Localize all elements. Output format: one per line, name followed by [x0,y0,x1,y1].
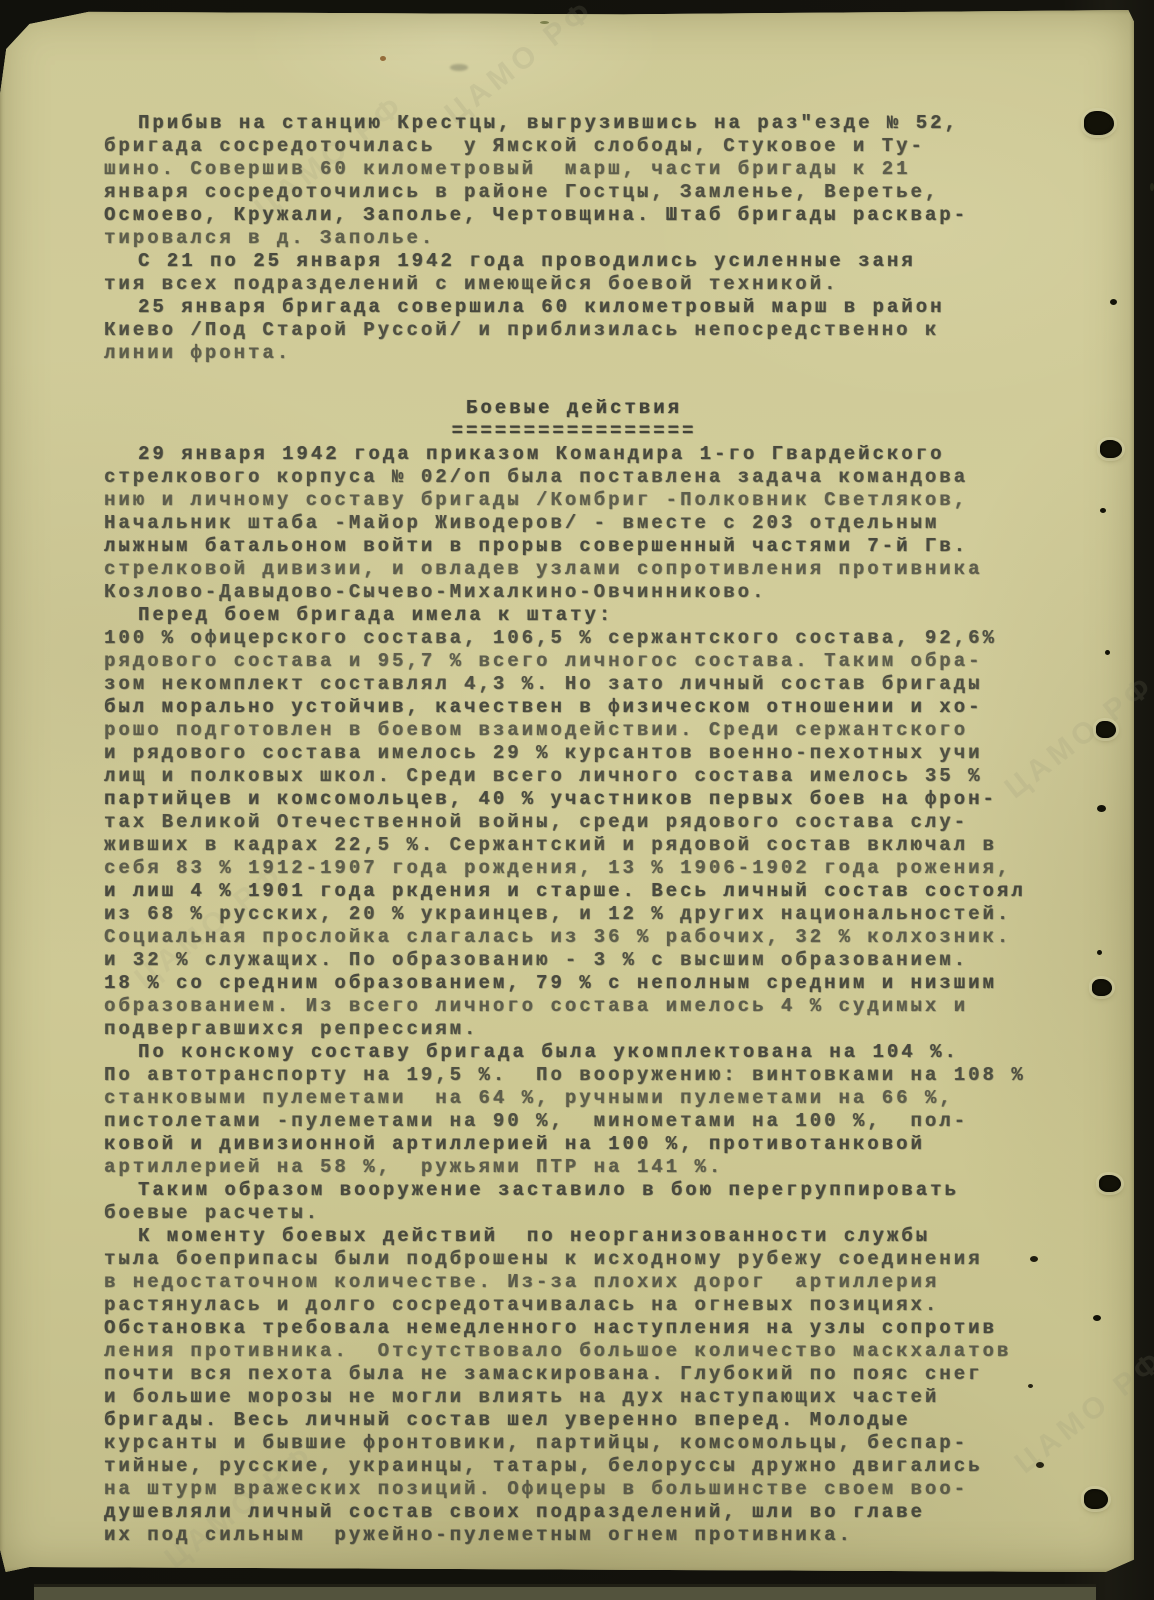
punch-hole [1100,440,1122,458]
text-line: января сосредоточились в районе Гостцы, … [104,181,1044,204]
text-line: тировался в д. Заполье. [104,227,1044,250]
rust-stain [380,56,386,61]
text-line: шино. Совершив 60 километровый марш, час… [104,158,1044,181]
text-line: тия всех подразделений с имеющейся боево… [104,273,1044,296]
text-line: и лиш 4 % 1901 года ркдения и старше. Ве… [104,880,1044,903]
text-line: зом некомплект составлял 4,3 %. Но зато … [104,673,1044,696]
text-line: тыла боеприпасы были подброшены к исходн… [104,1248,1044,1271]
paragraph: По конскому составу бригада была укомпле… [104,1041,1044,1179]
text-line: на штурм вражеских позиций. Офицеры в бо… [104,1478,1044,1501]
paragraph: Прибыв на станцию Крестцы, выгрузившись … [104,112,1044,250]
text-line: 29 января 1942 года приказом Командира 1… [104,443,1044,466]
text-line: линии фронта. [104,342,1044,365]
text-line: стрелковой дивизии, и овладев узлами соп… [104,558,1044,581]
text-line: боевые расчеты. [104,1202,1044,1225]
ink-blot [1036,1462,1044,1468]
text-line: С 21 по 25 января 1942 года проводились … [104,250,1044,273]
text-line: Перед боем бригада имела к штату: [104,604,1044,627]
text-line: лыжным батальоном войти в прорыв соверше… [104,535,1044,558]
text-line: По автотранспорту на 19,5 %. По вооружен… [104,1064,1044,1087]
text-line: пистолетами -пулеметами на 90 %, миномет… [104,1110,1044,1133]
paragraph: К моменту боевых действий по неорганизов… [104,1225,1044,1547]
punch-hole [1100,508,1106,513]
text-line: Козлово-Давыдово-Сычево-Михалкино-Овчинн… [104,581,1044,604]
text-line: из 68 % русских, 20 % украинцев, и 12 % … [104,903,1044,926]
punch-hole [1097,950,1102,955]
text-line: душевляли личный состав своих подразделе… [104,1501,1044,1524]
next-page-edge [34,1584,1096,1600]
punch-hole [1084,111,1114,135]
punch-hole [1092,979,1112,996]
paragraph: Таким образом вооружение заставило в бою… [104,1179,1044,1225]
edge-speck [1150,183,1154,191]
paragraph: Перед боем бригада имела к штату:100 % о… [104,604,1044,1041]
text-line: тийные, русские, украинцы, татары, белор… [104,1455,1044,1478]
text-line: Киево /Под Старой Руссой/ и приблизилась… [104,319,1044,342]
text-line: подвергавшихся репрессиям. [104,1018,1044,1041]
text-line: и 32 % служащих. По образованию - 3 % с … [104,949,1044,972]
text-line: их под сильным ружейно-пулеметным огнем … [104,1524,1044,1547]
text-line: нию и личному составу бригады /Комбриг -… [104,489,1044,512]
text-line: Осмоево, Кружали, Заполье, Чертовщина. Ш… [104,204,1044,227]
text-line: рошо подготовлен в боевом взаимодействии… [104,719,1044,742]
document-content: Прибыв на станцию Крестцы, выгрузившись … [104,112,1044,1547]
text-line: тах Великой Отечественной войны, среди р… [104,811,1044,834]
ink-blot [1030,1256,1038,1262]
text-line: курсанты и бывшие фронтовики, партийцы, … [104,1432,1044,1455]
ink-blot [1028,1384,1033,1388]
text-line: себя 83 % 1912-1907 года рождения, 13 % … [104,857,1044,880]
punch-hole [1084,1489,1108,1509]
text-line: образованием. Из всего личного состава и… [104,995,1044,1018]
text-line: и рядового состава имелось 29 % курсанто… [104,742,1044,765]
paragraph: 25 января бригада совершила 60 километро… [104,296,1044,365]
text-line: Прибыв на станцию Крестцы, выгрузившись … [104,112,1044,135]
text-line: в недостаточном количестве. Из-за плохих… [104,1271,1044,1294]
paragraph: 29 января 1942 года приказом Командира 1… [104,443,1044,604]
punch-hole [1110,299,1117,305]
paragraph: С 21 по 25 января 1942 года проводились … [104,250,1044,296]
section-heading-block: Боевые действия ================= [104,397,1044,443]
text-line: 18 % со средним образованием, 79 % с неп… [104,972,1044,995]
text-line: 25 января бригада совершила 60 километро… [104,296,1044,319]
text-line: Обстановка требовала немедленного наступ… [104,1317,1044,1340]
text-line: рядового состава и 95,7 % всего личногос… [104,650,1044,673]
text-line: бригада сосредоточилась у Ямской слободы… [104,135,1044,158]
intro-section: Прибыв на станцию Крестцы, выгрузившись … [104,112,1044,365]
text-line: ления противника. Отсутствовало большое … [104,1340,1044,1363]
text-line: и большие морозы не могли влиять на дух … [104,1386,1044,1409]
text-line: бригады. Весь личный состав шел уверенно… [104,1409,1044,1432]
text-line: По конскому составу бригада была укомпле… [104,1041,1044,1064]
text-line: ковой и дивизионной артиллерией на 100 %… [104,1133,1044,1156]
scanned-page: ЦАМО РФ ЦАМО РФ ЦАМО РФ ЦАМО РФ ЦАМО РФ … [0,0,1154,1600]
ink-smudge [450,64,468,71]
text-line: почти вся пехота была не замаскирована. … [104,1363,1044,1386]
section-heading: Боевые действия [104,397,1044,420]
text-line: живших в кадрах 22,5 %. Сержантский и ря… [104,834,1044,857]
punch-hole [1099,1175,1121,1192]
text-line: был морально устойчив, качествен в физич… [104,696,1044,719]
text-line: Таким образом вооружение заставило в бою… [104,1179,1044,1202]
text-line: артиллерией на 58 %, ружьями ПТР на 141 … [104,1156,1044,1179]
heading-underline: ================= [104,420,1044,443]
text-line: стрелкового корпуса № 02/оп была поставл… [104,466,1044,489]
text-line: К моменту боевых действий по неорганизов… [104,1225,1044,1248]
text-line: 100 % офицерского состава, 106,5 % сержа… [104,627,1044,650]
punch-hole [1097,805,1106,812]
text-line: Начальник штаба -Майор Живодеров/ - вмес… [104,512,1044,535]
punch-hole [1093,1315,1101,1321]
text-line: растянулась и долго сосредотачивалась на… [104,1294,1044,1317]
text-line: станковыми пулеметами на 64 %, ручными п… [104,1087,1044,1110]
text-line: лищ и полковых школ. Среди всего личного… [104,765,1044,788]
paper-speck [540,21,549,24]
punch-hole [1096,721,1116,738]
text-line: партийцев и комсомольцев, 40 % участнико… [104,788,1044,811]
combat-section: 29 января 1942 года приказом Командира 1… [104,443,1044,1547]
punch-hole [1105,650,1110,655]
text-line: Социальная прослойка слагалась из 36 % р… [104,926,1044,949]
